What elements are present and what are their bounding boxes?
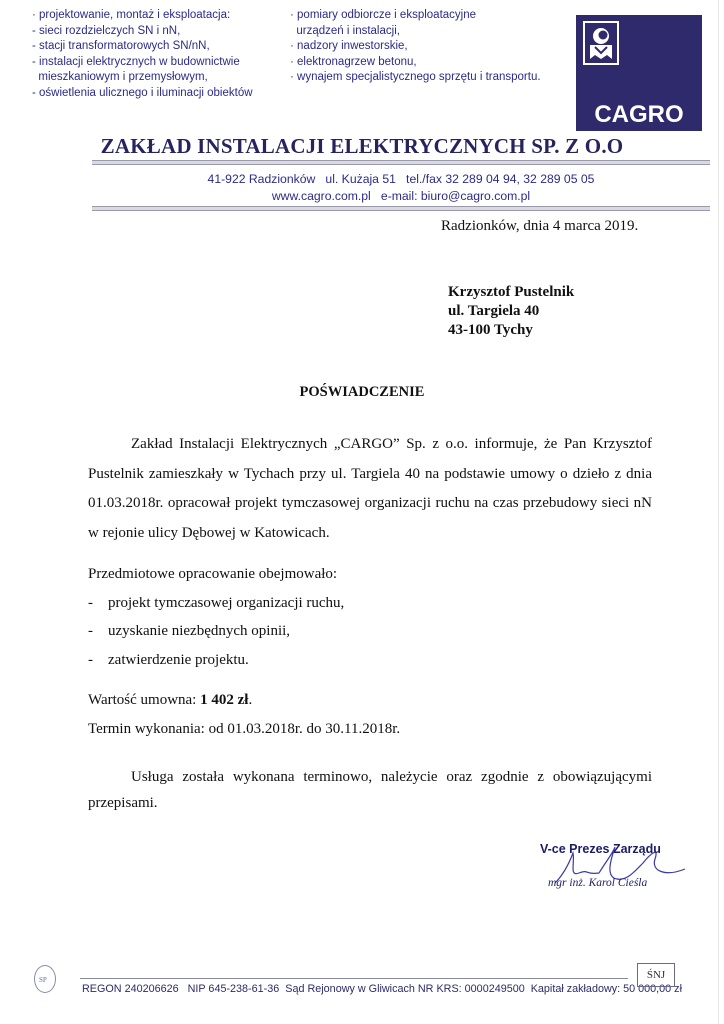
paragraph-text: Zakład Instalacji Elektrycznych „CARGO” …: [88, 436, 652, 541]
service-item: - stacji transformatorowych SN/nN,: [32, 39, 292, 55]
header-divider: [92, 206, 710, 211]
scope-section: Przedmiotowe opracowanie obejmowało: -pr…: [88, 560, 344, 674]
company-web-email: www.cagro.com.pl e-mail: biuro@cagro.com…: [92, 189, 710, 203]
service-item: mieszkaniowym i przemysłowym,: [32, 70, 292, 86]
service-item: · projektowanie, montaż i eksploatacja:: [32, 8, 292, 24]
recipient-street: ul. Targiela 40: [448, 302, 574, 321]
logo-text: CAGRO: [576, 101, 702, 129]
scope-intro: Przedmiotowe opracowanie obejmowało:: [88, 560, 344, 589]
service-item: · elektronagrzew betonu,: [290, 55, 570, 71]
snj-badge-icon: ŚNJ: [637, 963, 675, 987]
footer-divider: [80, 978, 628, 979]
recipient-address: Krzysztof Pustelnik ul. Targiela 40 43-1…: [448, 283, 574, 340]
services-list-left: · projektowanie, montaż i eksploatacja: …: [32, 8, 292, 102]
letter-date: Radzionków, dnia 4 marca 2019.: [441, 218, 638, 235]
service-item: urządzeń i instalacji,: [290, 24, 570, 40]
recipient-name: Krzysztof Pustelnik: [448, 283, 574, 302]
header-divider: [92, 160, 710, 165]
service-item: · wynajem specjalistycznego sprzętu i tr…: [290, 70, 570, 86]
scope-item: -projekt tymczasowej organizacji ruchu,: [88, 589, 344, 618]
company-logo: CAGRO: [576, 15, 702, 131]
svg-text:SP: SP: [39, 976, 47, 984]
service-item: - instalacji elektrycznych w budownictwi…: [32, 55, 292, 71]
contract-section: Wartość umowna: 1 402 zł. Termin wykonan…: [88, 686, 400, 744]
spp-badge-icon: SP: [34, 965, 56, 993]
company-address: 41-922 Radzionków ul. Kużaja 51 tel./fax…: [92, 172, 710, 186]
services-list-right: · pomiary odbiorcze i eksploatacyjne urz…: [290, 8, 570, 86]
service-item: - sieci rozdzielczych SN i nN,: [32, 24, 292, 40]
service-item: · pomiary odbiorcze i eksploatacyjne: [290, 8, 570, 24]
recipient-city: 43-100 Tychy: [448, 321, 574, 340]
scope-item: -uzyskanie niezbędnych opinii,: [88, 617, 344, 646]
contract-term: Termin wykonania: od 01.03.2018r. do 30.…: [88, 715, 400, 744]
page-edge: [718, 0, 719, 1024]
service-item: · nadzory inwestorskie,: [290, 39, 570, 55]
service-item: - oświetlenia ulicznego i iluminacji obi…: [32, 86, 292, 102]
signatory-name: mgr inż. Karol Cieśla: [548, 877, 647, 889]
contract-value: Wartość umowna: 1 402 zł.: [88, 686, 400, 715]
contract-amount: 1 402 zł: [200, 692, 248, 708]
company-registry-info: REGON 240206626 NIP 645-238-61-36 Sąd Re…: [82, 983, 682, 995]
closing-paragraph: Usługa została wykonana terminowo, należ…: [88, 764, 652, 816]
document-title: POŚWIADCZENIE: [0, 384, 724, 401]
logo-emblem-icon: [583, 21, 619, 65]
scope-item: -zatwierdzenie projektu.: [88, 646, 344, 675]
company-name: ZAKŁAD INSTALACJI ELEKTRYCZNYCH SP. Z O.…: [0, 134, 724, 159]
certificate-paragraph: Zakład Instalacji Elektrycznych „CARGO” …: [88, 430, 652, 548]
